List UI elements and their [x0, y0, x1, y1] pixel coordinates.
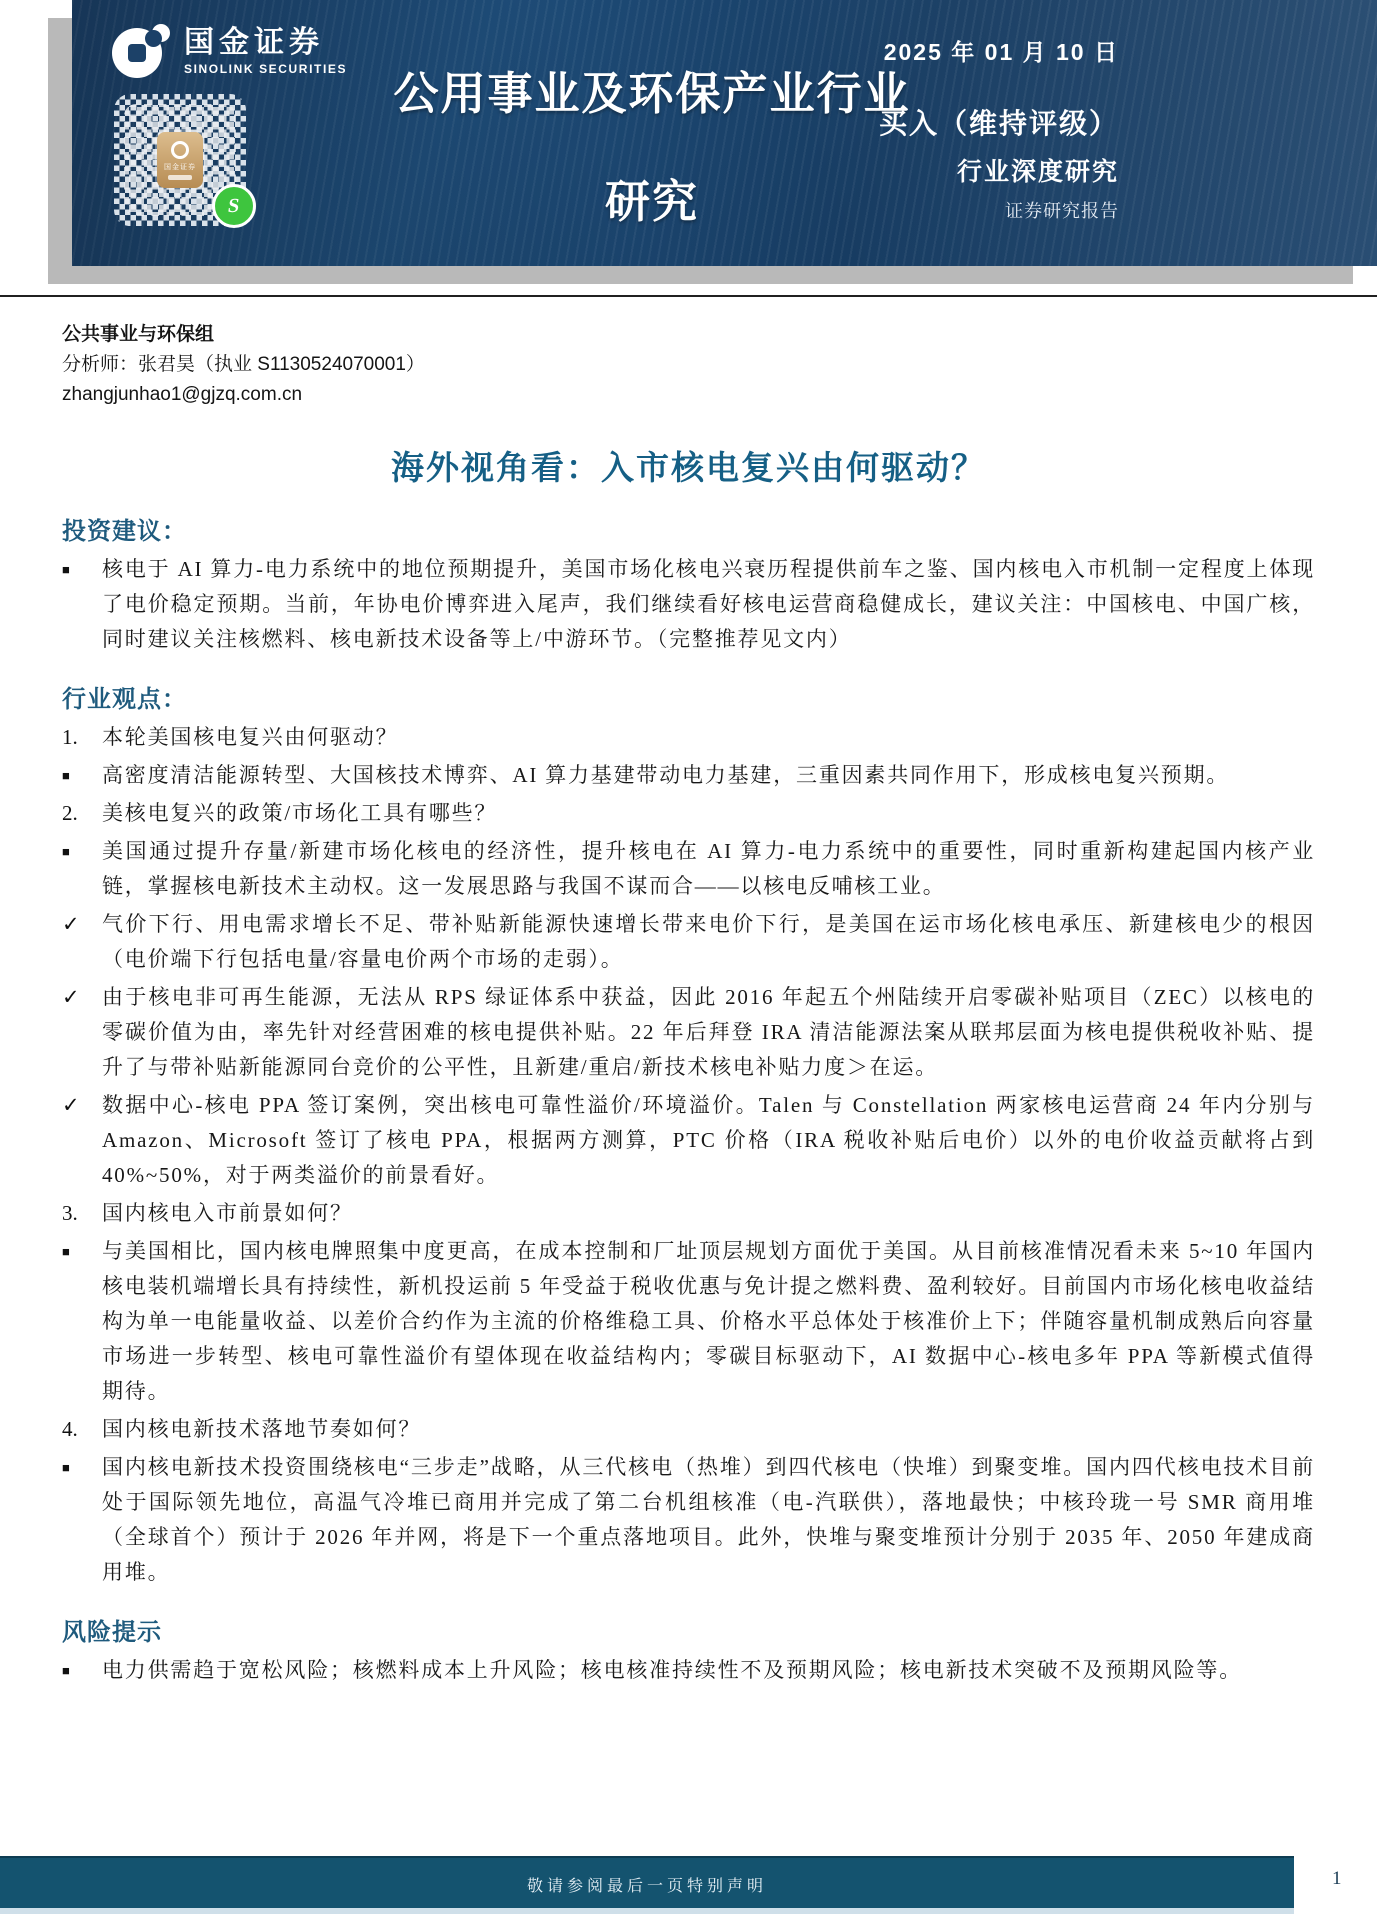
list-item: ■电力供需趋于宽松风险；核燃料成本上升风险；核电核准持续性不及预期风险；核电新技… [62, 1653, 1315, 1688]
item-text: 国内核电新技术落地节奏如何？ [102, 1412, 1315, 1447]
list-item: ■美国通过提升存量/新建市场化核电的经济性，提升核电在 AI 算力-电力系统中的… [62, 834, 1315, 904]
wechat-channels-icon [212, 184, 256, 228]
header-band: 国金证券 SINOLINK SECURITIES 国金证券 公用事业及环保产业行… [72, 0, 1377, 266]
section-heading: 投资建议： [62, 511, 1315, 546]
list-item: ■核电于 AI 算力-电力系统中的地位预期提升，美国市场化核电兴衰历程提供前车之… [62, 552, 1315, 657]
list-item: 1.本轮美国核电复兴由何驱动？ [62, 720, 1315, 755]
content: 公共事业与环保组 分析师：张君昊（执业 S1130524070001） zhan… [62, 320, 1315, 1691]
item-marker: ■ [62, 758, 102, 793]
item-marker: ■ [62, 1450, 102, 1590]
report-page: 国金证券 SINOLINK SECURITIES 国金证券 公用事业及环保产业行… [0, 0, 1377, 1914]
footer-disclaimer: 敬请参阅最后一页特别声明 [527, 1873, 767, 1896]
item-marker: ✓ [62, 980, 102, 1085]
brand-name-cn: 国金证券 [184, 26, 347, 60]
item-text: 与美国相比，国内核电牌照集中度更高，在成本控制和厂址顶层规划方面优于美国。从目前… [102, 1234, 1315, 1409]
item-text: 国内核电入市前景如何？ [102, 1196, 1315, 1231]
list-item: 4.国内核电新技术落地节奏如何？ [62, 1412, 1315, 1447]
analyst-email: zhangjunhao1@gjzq.com.cn [62, 380, 1315, 410]
list-item: ✓由于核电非可再生能源，无法从 RPS 绿证体系中获益，因此 2016 年起五个… [62, 980, 1315, 1085]
list-item: ■与美国相比，国内核电牌照集中度更高，在成本控制和厂址顶层规划方面优于美国。从目… [62, 1234, 1315, 1409]
item-marker: ■ [62, 1653, 102, 1688]
rating-badge: 买入（维持评级） [879, 102, 1119, 142]
header-report-series-title: 公用事业及环保产业行业研究 [372, 40, 932, 256]
list-item: ✓气价下行、用电需求增长不足、带补贴新能源快速增长带来电价下行，是美国在运市场化… [62, 907, 1315, 977]
qr-badge-logo-icon [171, 141, 189, 159]
item-text: 电力供需趋于宽松风险；核燃料成本上升风险；核电核准持续性不及预期风险；核电新技术… [102, 1653, 1315, 1688]
item-text: 由于核电非可再生能源，无法从 RPS 绿证体系中获益，因此 2016 年起五个州… [102, 980, 1315, 1085]
header-divider [0, 295, 1377, 297]
report-tag: 证券研究报告 [1005, 197, 1119, 223]
analyst-block: 公共事业与环保组 分析师：张君昊（执业 S1130524070001） zhan… [62, 320, 1315, 410]
item-text: 本轮美国核电复兴由何驱动？ [102, 720, 1315, 755]
list-item: 2.美核电复兴的政策/市场化工具有哪些？ [62, 796, 1315, 831]
item-marker: 3. [62, 1196, 102, 1231]
item-text: 高密度清洁能源转型、大国核技术博弈、AI 算力基建带动电力基建，三重因素共同作用… [102, 758, 1315, 793]
qr-badge-text: 国金证券 [164, 162, 196, 172]
item-marker: ■ [62, 834, 102, 904]
section-heading: 风险提示 [62, 1612, 1315, 1647]
item-marker: 2. [62, 796, 102, 831]
analyst-group: 公共事业与环保组 [62, 320, 1315, 350]
item-text: 美核电复兴的政策/市场化工具有哪些？ [102, 796, 1315, 831]
item-text: 核电于 AI 算力-电力系统中的地位预期提升，美国市场化核电兴衰历程提供前车之鉴… [102, 552, 1315, 657]
page-title: 海外视角看：入市核电复兴由何驱动？ [62, 442, 1315, 489]
qr-code: 国金证券 [112, 92, 248, 228]
footer-band: 敬请参阅最后一页特别声明 [0, 1856, 1294, 1910]
brand: 国金证券 SINOLINK SECURITIES [112, 26, 347, 84]
list-item: 3.国内核电入市前景如何？ [62, 1196, 1315, 1231]
item-marker: 4. [62, 1412, 102, 1447]
item-text: 美国通过提升存量/新建市场化核电的经济性，提升核电在 AI 算力-电力系统中的重… [102, 834, 1315, 904]
list-item: ■高密度清洁能源转型、大国核技术博弈、AI 算力基建带动电力基建，三重因素共同作… [62, 758, 1315, 793]
brand-name-en: SINOLINK SECURITIES [184, 62, 347, 76]
report-type: 行业深度研究 [957, 152, 1119, 188]
item-marker: ■ [62, 552, 102, 657]
item-marker: ✓ [62, 907, 102, 977]
analyst-name-line: 分析师：张君昊（执业 S1130524070001） [62, 350, 1315, 380]
list-item: ■国内核电新技术投资围绕核电“三步走”战略，从三代核电（热堆）到四代核电（快堆）… [62, 1450, 1315, 1590]
item-text: 数据中心-核电 PPA 签订案例，突出核电可靠性溢价/环境溢价。Talen 与 … [102, 1088, 1315, 1193]
item-marker: ■ [62, 1234, 102, 1409]
item-text: 气价下行、用电需求增长不足、带补贴新能源快速增长带来电价下行，是美国在运市场化核… [102, 907, 1315, 977]
section-heading: 行业观点： [62, 679, 1315, 714]
item-text: 国内核电新技术投资围绕核电“三步走”战略，从三代核电（热堆）到四代核电（快堆）到… [102, 1450, 1315, 1590]
item-marker: ✓ [62, 1088, 102, 1193]
list-item: ✓数据中心-核电 PPA 签订案例，突出核电可靠性溢价/环境溢价。Talen 与… [62, 1088, 1315, 1193]
report-date: 2025 年 01 月 10 日 [884, 34, 1119, 67]
qr-center-badge: 国金证券 [157, 132, 203, 188]
item-marker: 1. [62, 720, 102, 755]
page-number: 1 [1332, 1868, 1342, 1890]
footer-bottom-strip [0, 1908, 1294, 1914]
sections: 投资建议：■核电于 AI 算力-电力系统中的地位预期提升，美国市场化核电兴衰历程… [62, 511, 1315, 1688]
sinolink-logo-icon [112, 26, 170, 84]
